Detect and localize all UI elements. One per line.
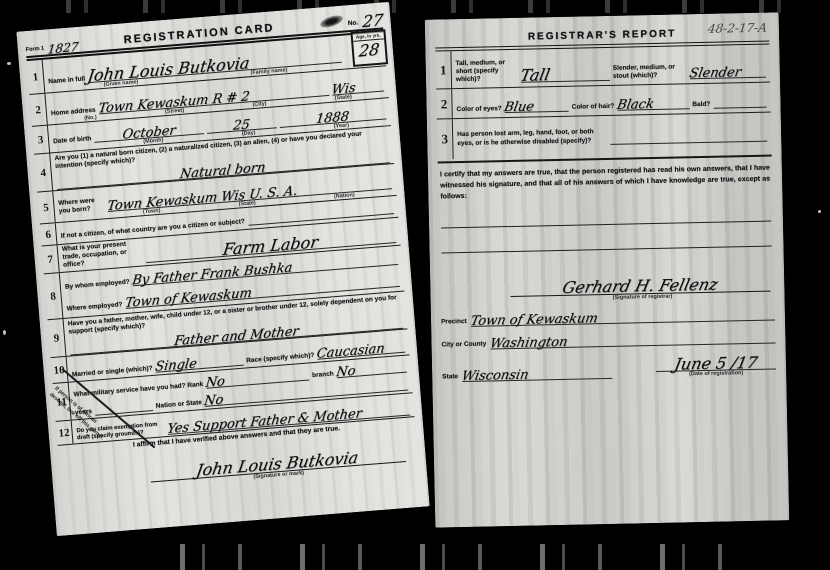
stamp-number: 48-2-17-A bbox=[707, 21, 768, 36]
dust-speck bbox=[818, 210, 821, 213]
hair-color-label: Color of hair? bbox=[572, 103, 615, 112]
registration-card: Form 1 1827 REGISTRATION CARD No. 27 Age… bbox=[16, 2, 429, 536]
hair-color-answer: Black bbox=[616, 98, 655, 112]
branch-answer: No bbox=[335, 365, 356, 380]
bald-label: Bald? bbox=[692, 101, 710, 110]
registrar-signature: Gerhard H. Fellenz bbox=[560, 276, 719, 295]
question-7-label: What is your present trade, occupation, … bbox=[62, 239, 144, 270]
serial-number: 1827 bbox=[47, 41, 79, 56]
precinct-value: Town of Kewaskum bbox=[469, 312, 599, 328]
county-row: City or County Washington bbox=[441, 329, 775, 350]
dust-speck bbox=[7, 62, 11, 65]
signature-block: John Louis Butkovia (Signature or mark) bbox=[149, 443, 406, 488]
registrars-report: REGISTRAR'S REPORT 48-2-17-A 1 Tall, med… bbox=[425, 12, 790, 527]
registration-date: June 5 /17 bbox=[673, 354, 759, 372]
form-number-label: Form 1 bbox=[26, 46, 45, 54]
height-label: Tall, medium, or short (specify which)? bbox=[456, 58, 518, 84]
home-address-state: Wis bbox=[331, 82, 357, 97]
birth-day: 25 bbox=[232, 118, 250, 133]
order-number-label: No. bbox=[348, 19, 359, 28]
eye-color-label: Color of eyes? bbox=[457, 105, 502, 114]
tear-off-corner: If person is of African descent, tear of… bbox=[38, 361, 177, 491]
state-date-row: State Wisconsin June 5 /17 (Date of regi… bbox=[442, 352, 776, 382]
age-value: 28 bbox=[358, 41, 380, 59]
report-title: REGISTRAR'S REPORT bbox=[528, 28, 677, 42]
film-marks-bottom bbox=[150, 544, 770, 570]
county-value: Washington bbox=[489, 335, 569, 350]
report-question-1-number: 1 bbox=[435, 51, 452, 88]
disability-label: Has person lost arm, leg, hand, foot, or… bbox=[457, 128, 607, 147]
no-hint: (No.) bbox=[84, 115, 97, 122]
question-6-number: 6 bbox=[40, 223, 58, 245]
film-marks-top bbox=[40, 0, 810, 13]
precinct-row: Precinct Town of Kewaskum bbox=[441, 306, 775, 327]
state-value: Wisconsin bbox=[460, 368, 529, 382]
employer-label: By whom employed? bbox=[65, 278, 130, 291]
county-label: City or County bbox=[441, 341, 486, 350]
report-question-3-number: 3 bbox=[437, 119, 454, 159]
eye-color-answer: Blue bbox=[503, 100, 535, 114]
ink-smudge bbox=[319, 12, 345, 29]
employment-place-label: Where employed? bbox=[66, 301, 122, 314]
age-box: Age, in yrs. 28 bbox=[350, 29, 388, 67]
nation-state-answer: No bbox=[204, 393, 225, 408]
order-number: 27 bbox=[361, 12, 383, 30]
city-hint: (City) bbox=[252, 101, 266, 108]
build-label: Slender, medium, or stout (which)? bbox=[613, 63, 687, 81]
rank-answer: No bbox=[205, 375, 226, 390]
certification-text: I certify that my answers are true, that… bbox=[440, 163, 771, 203]
state-label: State bbox=[442, 374, 458, 382]
dust-speck bbox=[3, 330, 6, 335]
build-answer: Slender bbox=[688, 66, 742, 80]
branch-label: branch bbox=[312, 370, 334, 380]
birth-year: 1888 bbox=[315, 110, 350, 126]
microfilm-scan: Form 1 1827 REGISTRATION CARD No. 27 Age… bbox=[0, 0, 830, 570]
corner-note: If person is of African descent, tear of… bbox=[47, 386, 113, 446]
height-answer: Tall bbox=[519, 67, 551, 84]
report-question-3: 3 Has person lost arm, leg, hand, foot, … bbox=[437, 113, 772, 160]
report-question-2-number: 2 bbox=[436, 89, 453, 118]
precinct-label: Precinct bbox=[441, 318, 467, 327]
